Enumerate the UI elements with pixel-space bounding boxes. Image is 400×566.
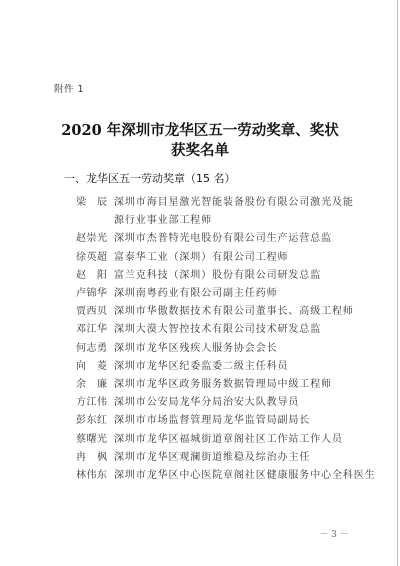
awardee-name: 彭东红 (76, 412, 114, 430)
awardee-position: 深圳市龙华区残疾人服务协会会长 (114, 340, 376, 358)
list-item: 赵 阳富兰克科技（深圳）股份有限公司研发总监 (76, 267, 376, 285)
list-item: 邓江华深圳大漠大智控技术有限公司技术研发总监 (76, 321, 376, 339)
list-item: 林伟东深圳市龙华区中心医院章阁社区健康服务中心全科医生 (76, 467, 376, 485)
awardee-name: 冉 枫 (76, 449, 114, 467)
list-item: 赵崇光深圳市杰普特光电股份有限公司生产运营总监 (76, 230, 376, 248)
awardee-name (76, 212, 114, 230)
awardee-position: 深圳市龙华区纪委监委二级主任科员 (114, 358, 376, 376)
awardee-position: 深圳市龙华区政务服务数据管理局中级工程师 (114, 376, 376, 394)
list-item: 徐英超富泰华工业（深圳）有限公司工程师 (76, 249, 376, 267)
awardee-name: 赵 阳 (76, 267, 114, 285)
awardee-position: 深圳市龙华区福城街道章阁社区工作站工作人员 (114, 431, 376, 449)
awardee-name: 梁 辰 (76, 194, 114, 212)
awardee-name: 邓江华 (76, 321, 114, 339)
awardee-name: 贾西贝 (76, 303, 114, 321)
list-item: 方江伟深圳市公安局龙华分局治安大队教导员 (76, 394, 376, 412)
awardee-name: 余 廉 (76, 376, 114, 394)
awardee-name: 蔡曙光 (76, 431, 114, 449)
awardee-name: 卢锦华 (76, 285, 114, 303)
list-item: 冉 枫深圳市龙华区观澜街道维稳及综治办主任 (76, 449, 376, 467)
section-heading: 一、龙华区五一劳动奖章（15 名） (64, 170, 236, 186)
awardee-position: 深圳市公安局龙华分局治安大队教导员 (114, 394, 376, 412)
list-item: 卢锦华深圳南粤药业有限公司副主任药师 (76, 285, 376, 303)
awardee-name: 何志勇 (76, 340, 114, 358)
list-item: 何志勇深圳市龙华区残疾人服务协会会长 (76, 340, 376, 358)
awardee-name: 向 菱 (76, 358, 114, 376)
document-title-line-2: 获奖名单 (0, 139, 400, 160)
awardee-name: 方江伟 (76, 394, 114, 412)
scan-edge-line (397, 0, 398, 566)
awardee-position: 深圳市市场监督管理局龙华监管局副局长 (114, 412, 376, 430)
awardee-name: 徐英超 (76, 249, 114, 267)
awardee-position: 深圳市杰普特光电股份有限公司生产运营总监 (114, 230, 376, 248)
attachment-label: 附件 1 (54, 81, 84, 95)
awardee-position: 深圳市海目星激光智能装备股份有限公司激光及能 (114, 194, 376, 212)
awardee-name: 林伟东 (76, 467, 114, 485)
awardee-position: 深圳大漠大智控技术有限公司技术研发总监 (114, 321, 376, 339)
awardee-position: 深圳市龙华区中心医院章阁社区健康服务中心全科医生 (114, 467, 376, 485)
awardee-position: 深圳市龙华区观澜街道维稳及综治办主任 (114, 449, 376, 467)
awardee-position: 深圳市华傲数据技术有限公司董事长、高级工程师 (114, 303, 376, 321)
list-item: 蔡曙光深圳市龙华区福城街道章阁社区工作站工作人员 (76, 431, 376, 449)
awardee-list: 梁 辰深圳市海目星激光智能装备股份有限公司激光及能 源行业事业部工程师 赵崇光深… (76, 194, 376, 485)
page-number: － 3 － (0, 527, 400, 540)
list-item: 余 廉深圳市龙华区政务服务数据管理局中级工程师 (76, 376, 376, 394)
awardee-position: 深圳南粤药业有限公司副主任药师 (114, 285, 376, 303)
awardee-position: 富兰克科技（深圳）股份有限公司研发总监 (114, 267, 376, 285)
awardee-position: 源行业事业部工程师 (114, 212, 376, 230)
list-item: 源行业事业部工程师 (76, 212, 376, 230)
document-title-line-1: 2020 年深圳市龙华区五一劳动奖章、奖状 (0, 119, 400, 140)
list-item: 梁 辰深圳市海目星激光智能装备股份有限公司激光及能 (76, 194, 376, 212)
list-item: 向 菱深圳市龙华区纪委监委二级主任科员 (76, 358, 376, 376)
awardee-name: 赵崇光 (76, 230, 114, 248)
list-item: 彭东红深圳市市场监督管理局龙华监管局副局长 (76, 412, 376, 430)
awardee-position: 富泰华工业（深圳）有限公司工程师 (114, 249, 376, 267)
list-item: 贾西贝深圳市华傲数据技术有限公司董事长、高级工程师 (76, 303, 376, 321)
